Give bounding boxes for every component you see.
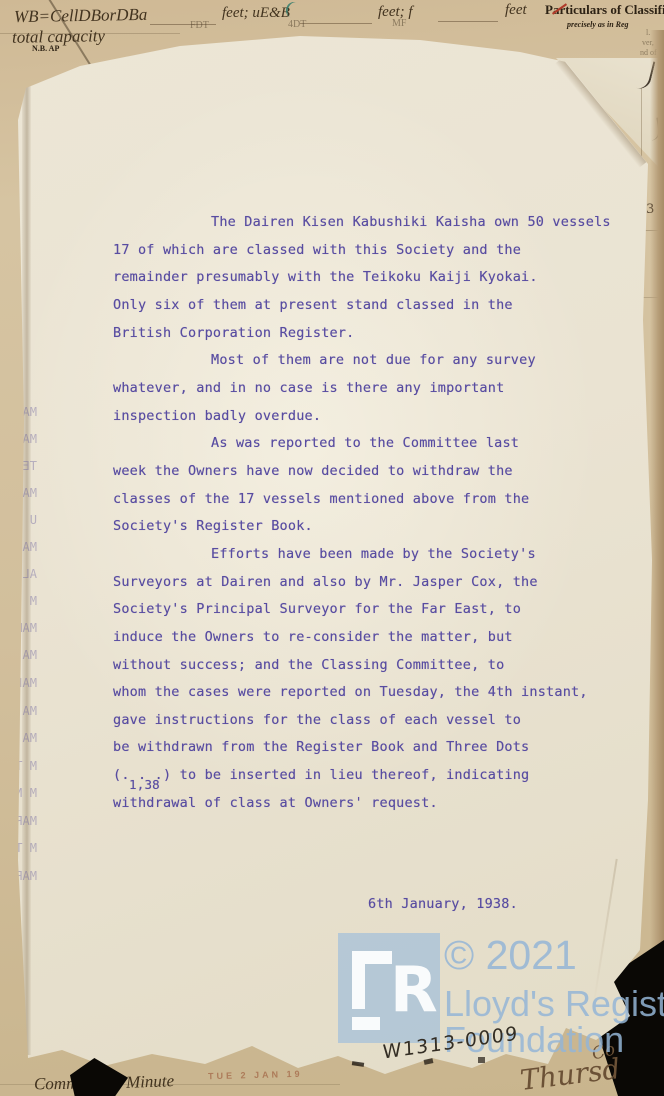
form-blank-line (300, 23, 372, 24)
typed-line: As was reported to the Committee last (113, 435, 613, 463)
typed-line: Only six of them at present stand classe… (113, 297, 613, 325)
form-nb-note: N.B. AP (32, 44, 59, 53)
typed-line: withdrawal of class at Owners' request. (113, 795, 613, 823)
typed-line: classes of the 17 vessels mentioned abov… (113, 491, 613, 519)
mirrored-ink-fragment: TE (1, 459, 37, 473)
tear-shadow (352, 1061, 364, 1067)
mirrored-ink-fragment: MA (1, 540, 37, 554)
form-heading-right-sub: precisely as in Reg (567, 20, 629, 29)
typed-line: induce the Owners to re-consider the mat… (113, 629, 613, 657)
typed-line: gave instructions for the class of each … (113, 712, 613, 740)
mirrored-ink-fragment: MAL (1, 676, 37, 690)
book-edge (650, 30, 664, 970)
mirrored-ink-fragment: MAR (1, 814, 37, 828)
form-header-left: WB=CellDBorDBa (14, 5, 148, 27)
typed-line: remainder presumably with the Teikoku Ka… (113, 269, 613, 297)
lr-logo-glyphs: R (338, 933, 440, 1043)
mirrored-ink-fragment: M T (1, 841, 37, 855)
form-blank-line (438, 21, 498, 22)
scanned-document: WB=CellDBorDBa total capacity N.B. AP fe… (0, 0, 664, 1096)
mirrored-ink-fragment: AL (1, 567, 37, 581)
letter-body: The Dairen Kisen Kabushiki Kaisha own 50… (113, 214, 613, 822)
typed-line: Society's Register Book. (113, 518, 613, 546)
mirrored-ink-fragment: MA O (1, 704, 37, 718)
typed-line: 17 of which are classed with this Societ… (113, 242, 613, 270)
typed-line: week the Owners have now decided to with… (113, 463, 613, 491)
mirrored-ink-fragment: MAR (1, 869, 37, 883)
mirrored-ink-fragment: U M (1, 513, 37, 527)
mirrored-ink-fragment: MA R (1, 731, 37, 745)
form-rule (0, 33, 180, 34)
ink-blot-shadow (70, 1058, 128, 1096)
mirrored-ink-fragment: M T (1, 759, 37, 773)
date-stamp: TUE 2 JAN 19 (208, 1069, 303, 1081)
typed-line: be withdrawn from the Register Book and … (113, 739, 613, 767)
mirrored-ink-fragment: M (1, 594, 37, 608)
typed-line: The Dairen Kisen Kabushiki Kaisha own 50… (113, 214, 613, 242)
form-measure-1: feet; uE&B (222, 5, 290, 22)
mirrored-ink-fragment: MA (1, 486, 37, 500)
interline-insertion: 1,38 (129, 777, 160, 792)
typed-line: Efforts have been made by the Society's (113, 546, 613, 574)
lr-logo: R (338, 933, 440, 1043)
form-fragment: MF (392, 18, 406, 29)
letter-date: 6th January, 1938. (368, 896, 518, 912)
typed-line: inspection badly overdue. (113, 408, 613, 436)
typed-line: whatever, and in no case is there any im… (113, 380, 613, 408)
typed-line: whom the cases were reported on Tuesday,… (113, 684, 613, 712)
tear-shadow (424, 1058, 434, 1065)
form-measure-3: feet (505, 2, 527, 19)
watermark-copyright: © 2021 (444, 932, 577, 979)
form-fragment: 4DT (288, 19, 306, 30)
mirrored-ink-fragment: M N (1, 786, 37, 800)
mirrored-ink-fragment: MAM (1, 621, 37, 635)
typed-line: (. . .) to be inserted in lieu thereof, … (113, 767, 613, 795)
svg-text:R: R (390, 953, 438, 1026)
mirrored-ink-fragment: MA (1, 648, 37, 662)
typed-line: Society's Principal Surveyor for the Far… (113, 601, 613, 629)
form-bottom-minute: Minute (126, 1071, 175, 1093)
typed-line: British Corporation Register. (113, 325, 613, 353)
typed-line: Most of them are not due for any survey (113, 352, 613, 380)
typed-line: Surveyors at Dairen and also by Mr. Jasp… (113, 574, 613, 602)
form-fragment: FDT (190, 20, 209, 31)
typed-line: without success; and the Classing Commit… (113, 657, 613, 685)
mirrored-ink-fragment: MAR (1, 432, 37, 446)
mirrored-ink-fragment: MAR (1, 405, 37, 419)
